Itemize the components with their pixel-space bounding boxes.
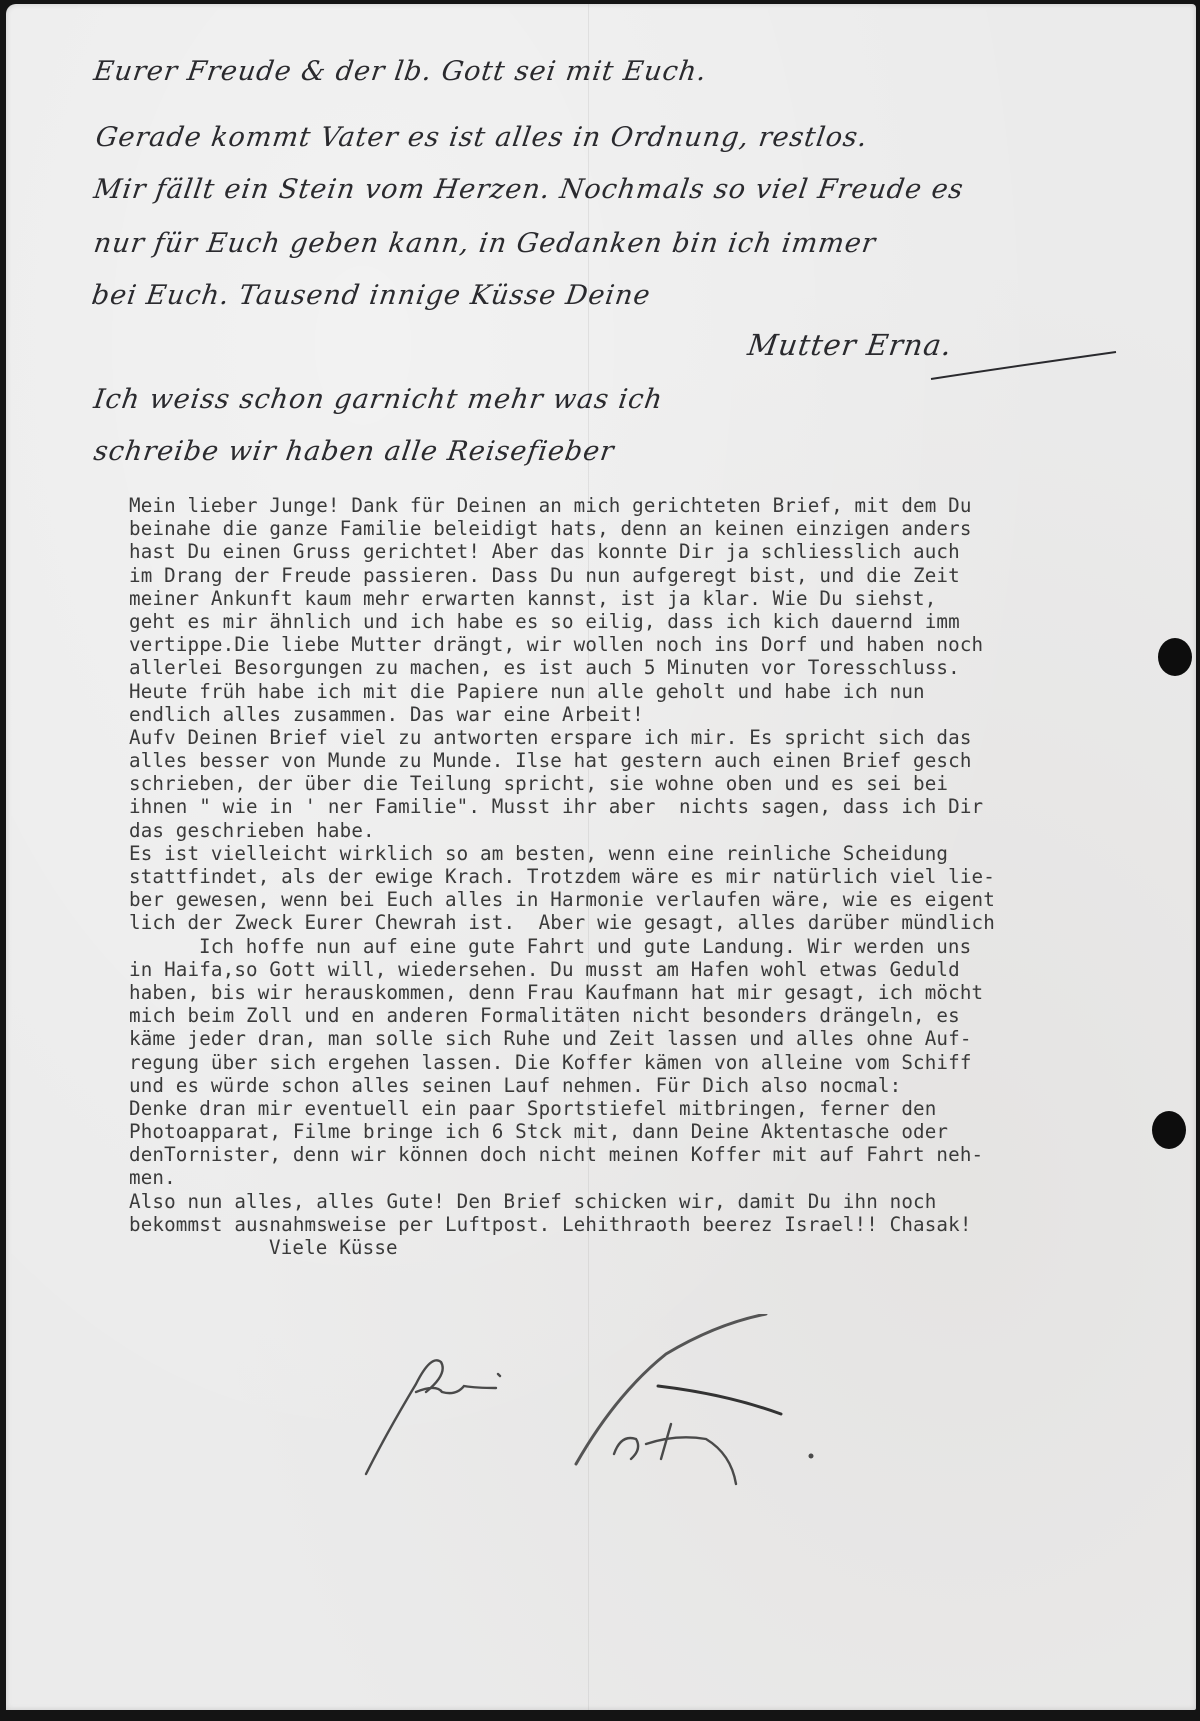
typed-line: käme jeder dran, man solle sich Ruhe und…	[129, 1027, 1200, 1050]
typed-line: stattfindet, als der ewige Krach. Trotzd…	[129, 865, 1200, 888]
typed-line: denTornister, denn wir können doch nicht…	[129, 1143, 1200, 1166]
typed-line: Photoapparat, Filme bringe ich 6 Stck mi…	[129, 1120, 1200, 1143]
handwritten-line: Ich weiss schon garnicht mehr was ich	[92, 384, 665, 415]
signature-flourish	[926, 344, 1126, 384]
punch-hole	[1152, 1111, 1186, 1149]
typed-line: Ich hoffe nun auf eine gute Fahrt und gu…	[129, 935, 1200, 958]
typed-line: alles besser von Munde zu Munde. Ilse ha…	[129, 749, 1200, 772]
typed-letter-body: Mein lieber Junge! Dank für Deinen an mi…	[129, 494, 1200, 1259]
typed-line: in Haifa,so Gott will, wiedersehen. Du m…	[129, 958, 1200, 981]
punch-hole	[1158, 638, 1192, 676]
typed-line: geht es mir ähnlich und ich habe es so e…	[129, 610, 1200, 633]
typed-line: Heute früh habe ich mit die Papiere nun …	[129, 680, 1200, 703]
handwritten-line: Gerade kommt Vater es ist alles in Ordnu…	[94, 122, 870, 153]
handwritten-line: schreibe wir haben alle Reisefieber	[92, 436, 617, 467]
typed-line: Denke dran mir eventuell ein paar Sports…	[129, 1097, 1200, 1120]
mother-signature: Mutter Erna.	[746, 328, 955, 362]
typed-line: das geschrieben habe.	[129, 819, 1200, 842]
typed-line: allerlei Besorgungen zu machen, es ist a…	[129, 656, 1200, 679]
handwritten-line: nur für Euch geben kann, in Gedanken bin…	[92, 228, 878, 259]
typed-line: Aufv Deinen Brief viel zu antworten ersp…	[129, 726, 1200, 749]
handwritten-line: Mir fällt ein Stein vom Herzen. Nochmals…	[92, 174, 966, 205]
typed-line: vertippe.Die liebe Mutter drängt, wir wo…	[129, 633, 1200, 656]
handwritten-line: Eurer Freude & der lb. Gott sei mit Euch…	[92, 56, 709, 87]
typed-line: men.	[129, 1166, 1200, 1189]
typed-line: hast Du einen Gruss gerichtet! Aber das …	[129, 540, 1200, 563]
typed-line: ber gewesen, wenn bei Euch alles in Harm…	[129, 888, 1200, 911]
typed-line: im Drang der Freude passieren. Dass Du n…	[129, 564, 1200, 587]
typed-line: beinahe die ganze Familie beleidigt hats…	[129, 517, 1200, 540]
typed-line: haben, bis wir herauskommen, denn Frau K…	[129, 981, 1200, 1004]
typed-line: Es ist vielleicht wirklich so am besten,…	[129, 842, 1200, 865]
typed-line: regung über sich ergehen lassen. Die Kof…	[129, 1051, 1200, 1074]
closing-line: Viele Küsse	[129, 1236, 1200, 1259]
typed-line: Also nun alles, alles Gute! Den Brief sc…	[129, 1190, 1200, 1213]
handwritten-line: bei Euch. Tausend innige Küsse Deine	[90, 280, 653, 311]
typed-line: schrieben, der über die Teilung spricht,…	[129, 772, 1200, 795]
typed-line: und es würde schon alles seinen Lauf neh…	[129, 1074, 1200, 1097]
typed-line: mich beim Zoll und en anderen Formalität…	[129, 1004, 1200, 1027]
father-signature	[346, 1314, 906, 1514]
typed-line: Mein lieber Junge! Dank für Deinen an mi…	[129, 494, 1200, 517]
typed-line: ihnen " wie in ' ner Familie". Musst ihr…	[129, 795, 1200, 818]
typed-line: bekommst ausnahmsweise per Luftpost. Leh…	[129, 1213, 1200, 1236]
typed-line: lich der Zweck Eurer Chewrah ist. Aber w…	[129, 911, 1200, 934]
typed-line: endlich alles zusammen. Das war eine Arb…	[129, 703, 1200, 726]
letter-page: Eurer Freude & der lb. Gott sei mit Euch…	[6, 4, 1196, 1710]
typed-line: meiner Ankunft kaum mehr erwarten kannst…	[129, 587, 1200, 610]
